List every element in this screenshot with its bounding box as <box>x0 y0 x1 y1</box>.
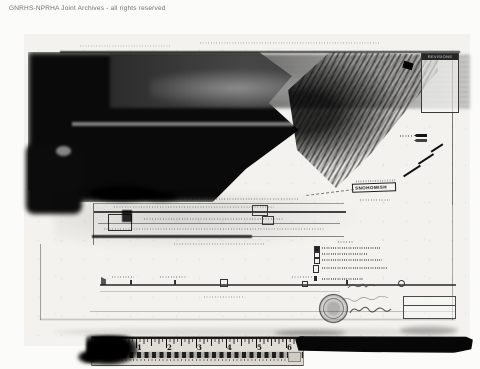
track-symbol <box>220 279 228 287</box>
track-label-specks <box>112 276 134 278</box>
plan-heavy-band <box>92 235 252 238</box>
legend-heading <box>338 241 354 243</box>
title-block <box>403 296 456 319</box>
plan-annotation-specks <box>100 198 300 200</box>
revisions-table: REVISIONS <box>421 53 459 113</box>
ink-blot-splash <box>77 350 101 364</box>
ruler-number: 4 <box>227 343 232 352</box>
plan-annotation-specks <box>174 243 264 245</box>
legend-item <box>322 259 382 261</box>
legend-item <box>322 247 380 249</box>
track-label-specks <box>292 276 312 278</box>
legend-symbol <box>314 276 317 281</box>
scan-smudge <box>400 326 458 335</box>
signature <box>350 307 391 313</box>
plan-line <box>94 203 344 204</box>
drawing-sheet: REVISIONS SNOHOMISH <box>24 34 470 346</box>
plan-annotation-specks <box>104 228 324 230</box>
track-line-faint <box>100 291 340 292</box>
scan-noise-strip <box>200 42 380 44</box>
damage-white-spot <box>56 146 71 156</box>
track-tick <box>130 280 132 285</box>
archive-watermark: GNRHS-NPRHA Joint Archives - all rights … <box>9 5 166 12</box>
legend-symbol <box>314 258 320 264</box>
track-tick <box>403 165 421 178</box>
track-tick <box>418 153 434 164</box>
arrow-label-specks <box>400 135 412 137</box>
ruler-number: 6 <box>287 343 292 352</box>
station-label: SNOHOMISH <box>352 182 396 193</box>
title-block-divider <box>404 305 455 306</box>
ruler-number: 5 <box>257 343 262 352</box>
note-specks <box>360 199 390 201</box>
track-symbol <box>302 281 308 287</box>
scanned-archive-photo: GNRHS-NPRHA Joint Archives - all rights … <box>0 0 480 369</box>
track-end-flag <box>101 277 106 285</box>
scan-smudge <box>274 330 346 336</box>
plan-annotation-specks <box>114 206 274 208</box>
station-label-group: SNOHOMISH <box>352 179 396 193</box>
arrow-symbol <box>414 139 427 142</box>
ruler-number: 3 <box>197 343 202 352</box>
arrow-symbol <box>414 134 427 137</box>
ruler-end-tab <box>288 352 301 362</box>
scan-noise-strip <box>80 45 170 47</box>
sheet-border-left <box>40 244 41 320</box>
plan-line <box>98 223 340 224</box>
legend-symbol <box>313 265 319 273</box>
plan-left-edge <box>93 203 94 245</box>
track-label-specks <box>204 296 244 298</box>
building-dark-block <box>122 210 132 222</box>
legend-item <box>322 253 368 255</box>
legend-item <box>322 267 388 269</box>
plan-annotation-specks <box>144 218 284 220</box>
track-tick <box>431 143 444 152</box>
track-tick <box>174 280 176 285</box>
plan-line <box>252 236 344 237</box>
track-label-specks <box>160 276 186 278</box>
blackened-ruler-section <box>295 336 473 353</box>
ruler-number: 2 <box>167 343 172 352</box>
revisions-table-header: REVISIONS <box>422 54 458 60</box>
